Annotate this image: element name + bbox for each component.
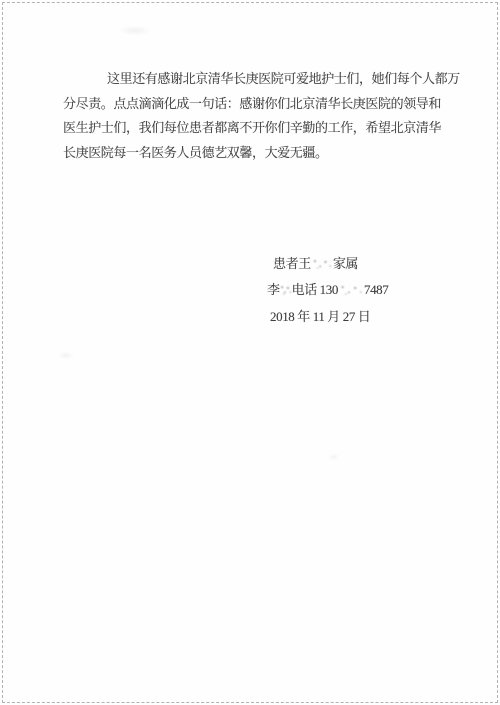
phone-suffix: 7487 bbox=[364, 282, 388, 297]
thank-you-paragraph: 这里还有感谢北京清华长庚医院可爱地护士们，她们每个人都万 分尽责。点点滴滴化成一… bbox=[63, 67, 453, 166]
patient-suffix: 家属 bbox=[333, 256, 358, 271]
date-line: 2018 年 11 月 27 日 bbox=[270, 304, 370, 329]
phone-label-and-prefix: 电话 130 bbox=[292, 282, 338, 297]
scan-page: 这里还有感谢北京清华长庚医院可爱地护士们，她们每个人都万 分尽责。点点滴滴化成一… bbox=[0, 0, 500, 705]
redacted-phone-digits bbox=[338, 283, 364, 296]
paragraph-line: 医生护士们，我们每位患者都离不开你们辛勤的工作，希望北京清华 bbox=[63, 116, 453, 141]
scan-smudge bbox=[58, 352, 74, 359]
contact-phone-line: 李电话 1307487 bbox=[267, 277, 388, 302]
scan-smudge bbox=[328, 454, 340, 460]
patient-family-line: 患者王家属 bbox=[273, 251, 358, 276]
paragraph-line: 这里还有感谢北京清华长庚医院可爱地护士们，她们每个人都万 bbox=[63, 67, 453, 92]
contact-name-prefix: 李 bbox=[267, 282, 280, 297]
redacted-patient-name bbox=[311, 257, 333, 270]
patient-prefix: 患者王 bbox=[273, 256, 311, 271]
paragraph-line: 分尽责。点点滴滴化成一句话：感谢你们北京清华长庚医院的领导和 bbox=[63, 92, 453, 117]
redacted-contact-name bbox=[280, 283, 292, 296]
scan-smudge bbox=[118, 26, 152, 35]
paragraph-line: 长庚医院每一名医务人员德艺双馨，大爱无疆。 bbox=[63, 141, 453, 166]
